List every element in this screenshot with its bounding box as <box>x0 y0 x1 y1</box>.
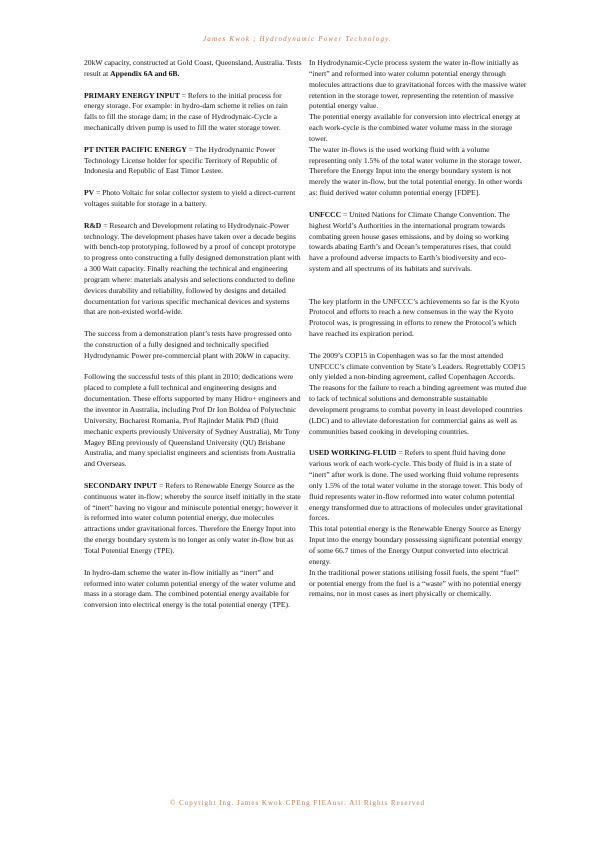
definition-text: = Research and Development relating to H… <box>84 221 301 317</box>
paragraph: Therefore the Energy Input into the ener… <box>309 166 527 199</box>
definition-primary-energy-input: PRIMARY ENERGY INPUT = Refers to the ini… <box>84 91 302 134</box>
definition-unfccc: UNFCCC = United Nations for Climate Chan… <box>309 210 527 275</box>
paragraph: 20kW capacity, constructed at Gold Coast… <box>84 58 302 80</box>
paragraph: The success from a demonstration plant’s… <box>84 329 302 362</box>
term: USED WORKING-FLUID <box>309 448 396 457</box>
definition-text: = United Nations for Climate Change Conv… <box>309 210 511 273</box>
right-column: In Hydrodynamic-Cycle process system the… <box>309 58 527 600</box>
term: PV <box>84 188 94 197</box>
definition-secondary-input: SECONDARY INPUT = Refers to Renewable En… <box>84 481 302 557</box>
definition-rnd: R&D = Research and Development relating … <box>84 221 302 319</box>
definition-text: = Photo Voltaic for solar collector syst… <box>84 188 295 208</box>
term: UNFCCC <box>309 210 341 219</box>
paragraph: The potential energy available for conve… <box>309 112 527 145</box>
paragraph: Following the successful tests of this p… <box>84 372 302 470</box>
term: SECONDARY INPUT <box>84 481 157 490</box>
left-column: 20kW capacity, constructed at Gold Coast… <box>84 58 302 622</box>
definition-text: = Refers to spent fluid having done vari… <box>309 448 523 522</box>
running-header: James Kwok ; Hydrodynamic Power Technolo… <box>0 35 595 43</box>
paragraph: This total potential energy is the Renew… <box>309 524 527 567</box>
paragraph: The water in-flows is the used working f… <box>309 145 527 167</box>
definition-pv: PV = Photo Voltaic for solar collector s… <box>84 188 302 210</box>
paragraph: The 2009’s COP15 in Copenhagen was so fa… <box>309 351 527 438</box>
copyright-footer: © Copyright Ing. James Kwok CPEng FIEAus… <box>0 799 595 807</box>
appendix-reference: Appendix 6A and 6B. <box>110 69 179 78</box>
definition-pt-inter-pacific-energy: PT INTER PACIFIC ENERGY = The Hydrodynam… <box>84 145 302 178</box>
definition-text: = Refers to Renewable Energy Source as t… <box>84 481 301 555</box>
paragraph: In hydro-dam scheme the water in-flow in… <box>84 568 302 611</box>
paragraph: The key platform in the UNFCCC’s achieve… <box>309 297 527 340</box>
paragraph: In the traditional power stations utilis… <box>309 568 527 601</box>
definition-used-working-fluid: USED WORKING-FLUID = Refers to spent flu… <box>309 448 527 524</box>
paragraph: In Hydrodynamic-Cycle process system the… <box>309 58 527 112</box>
term: R&D <box>84 221 101 230</box>
term: PT INTER PACIFIC ENERGY <box>84 145 187 154</box>
term: PRIMARY ENERGY INPUT <box>84 91 180 100</box>
